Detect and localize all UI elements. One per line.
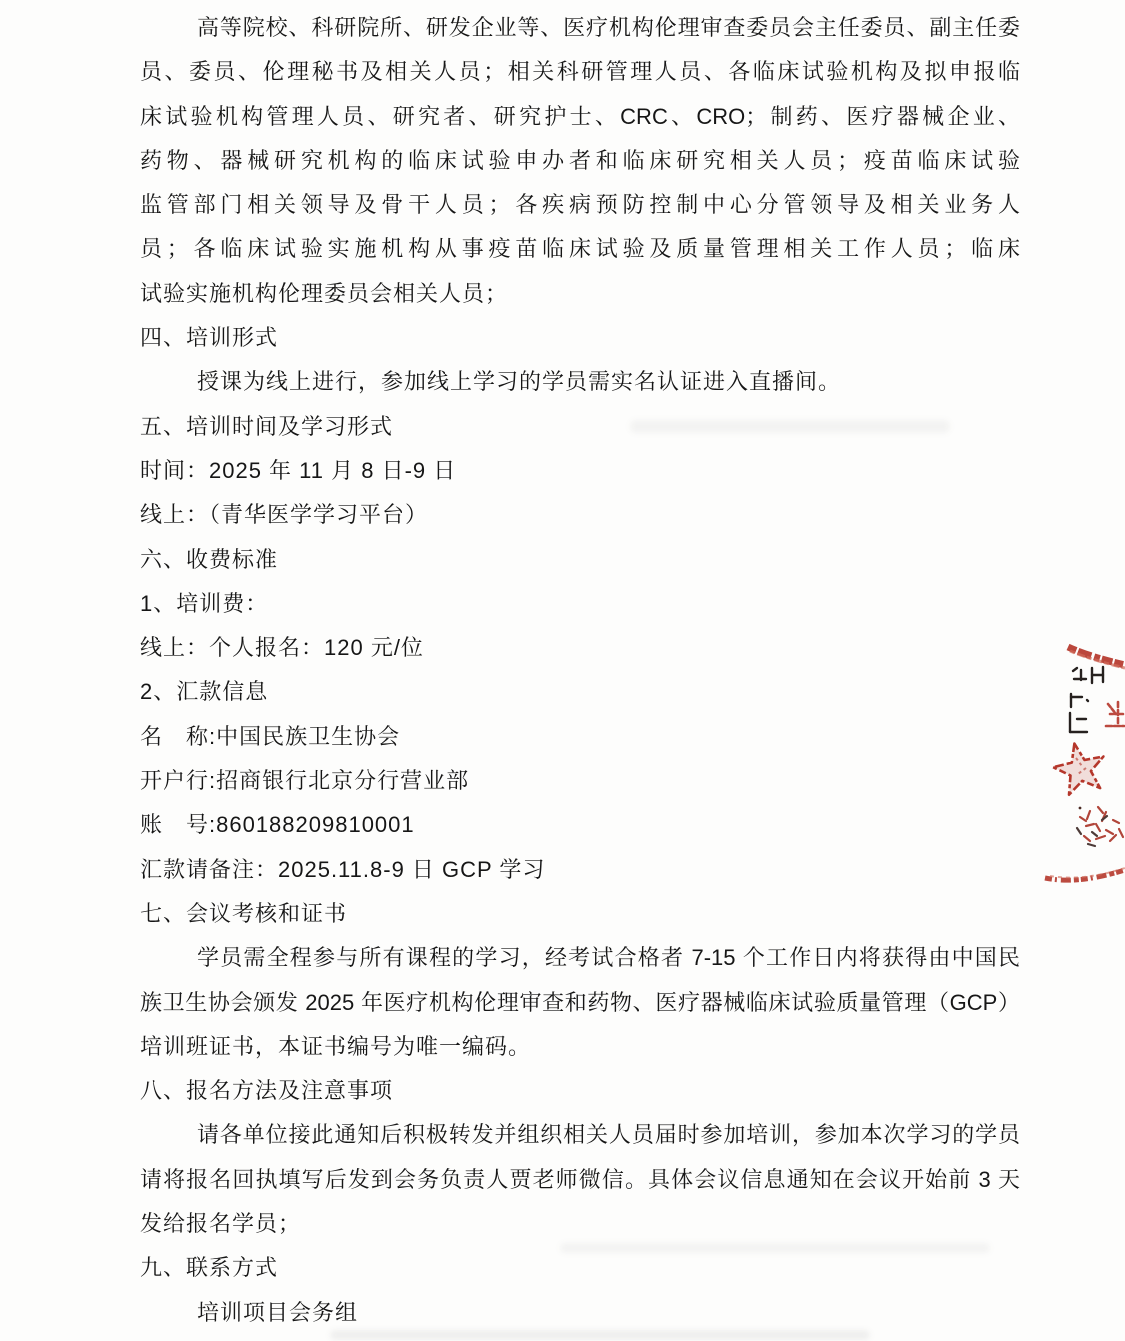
document-body: 高等院校、科研院所、研发企业等、医疗机构伦理审查委员会主任委员、副主任委员、委员… — [140, 6, 1020, 1335]
doc-line: 发给报名学员； — [140, 1202, 1020, 1246]
doc-line: 八、报名方法及注意事项 — [140, 1069, 1020, 1113]
doc-line: 学员需全程参与所有课程的学习，经考试合格者 7-15 个工作日内将获得由中国民 — [140, 936, 1020, 980]
doc-line: 账 号:860188209810001 — [140, 803, 1020, 847]
doc-line: 名 称:中国民族卫生协会 — [140, 715, 1020, 759]
doc-line: 请将报名回执填写后发到会务负责人贾老师微信。具体会议信息通知在会议开始前 3 天 — [140, 1158, 1020, 1202]
doc-line: 七、会议考核和证书 — [140, 892, 1020, 936]
doc-line: 员；各临床试验实施机构从事疫苗临床试验及质量管理相关工作人员；临床 — [140, 227, 1020, 271]
doc-line: 培训班证书，本证书编号为唯一编码。 — [140, 1025, 1020, 1069]
doc-line: 时间：2025 年 11 月 8 日-9 日 — [140, 449, 1020, 493]
doc-line: 线上：个人报名：120 元/位 — [140, 626, 1020, 670]
doc-line: 六、收费标准 — [140, 538, 1020, 582]
red-seal-text-blob — [1077, 807, 1123, 846]
black-overlap-text-fragments — [1070, 667, 1103, 732]
seal-border-arc-top — [1068, 647, 1125, 668]
doc-line: 床试验机构管理人员、研究者、研究护士、CRC、CRO；制药、医疗器械企业、 — [140, 95, 1020, 139]
doc-line: 授课为线上进行，参加线上学习的学员需实名认证进入直播间。 — [140, 360, 1020, 404]
scan-artifact — [330, 1330, 870, 1340]
doc-line: 监管部门相关领导及骨干人员；各疾病预防控制中心分管领导及相关业务人 — [140, 183, 1020, 227]
doc-line: 药物、器械研究机构的临床试验申办者和临床研究相关人员；疫苗临床试验 — [140, 139, 1020, 183]
doc-line: 试验实施机构伦理委员会相关人员； — [140, 272, 1020, 316]
red-character-fragments — [1106, 702, 1124, 726]
doc-line: 开户行:招商银行北京分行营业部 — [140, 759, 1020, 803]
doc-line: 请各单位接此通知后积极转发并组织相关人员届时参加培训，参加本次学习的学员 — [140, 1113, 1020, 1157]
doc-line: 1、培训费： — [140, 582, 1020, 626]
doc-line: 线上：（青华医学学习平台） — [140, 493, 1020, 537]
scan-artifact — [560, 1243, 990, 1253]
doc-line: 2、汇款信息 — [140, 670, 1020, 714]
scanned-document-page: 高等院校、科研院所、研发企业等、医疗机构伦理审查委员会主任委员、副主任委员、委员… — [0, 0, 1125, 1341]
scan-artifact — [630, 420, 950, 433]
red-five-pointed-star — [1053, 744, 1103, 810]
doc-line: 培训项目会务组 — [140, 1291, 1020, 1335]
doc-line: 族卫生协会颁发 2025 年医疗机构伦理审查和药物、医疗器械临床试验质量管理（G… — [140, 981, 1020, 1025]
doc-line: 员、委员、伦理秘书及相关人员；相关科研管理人员、各临床试验机构及拟申报临 — [140, 50, 1020, 94]
doc-line: 高等院校、科研院所、研发企业等、医疗机构伦理审查委员会主任委员、副主任委 — [140, 6, 1020, 50]
seal-border-arc-bottom — [1045, 868, 1125, 880]
doc-line: 汇款请备注：2025.11.8-9 日 GCP 学习 — [140, 848, 1020, 892]
official-seal-stamp — [1040, 640, 1125, 890]
doc-line: 四、培训形式 — [140, 316, 1020, 360]
